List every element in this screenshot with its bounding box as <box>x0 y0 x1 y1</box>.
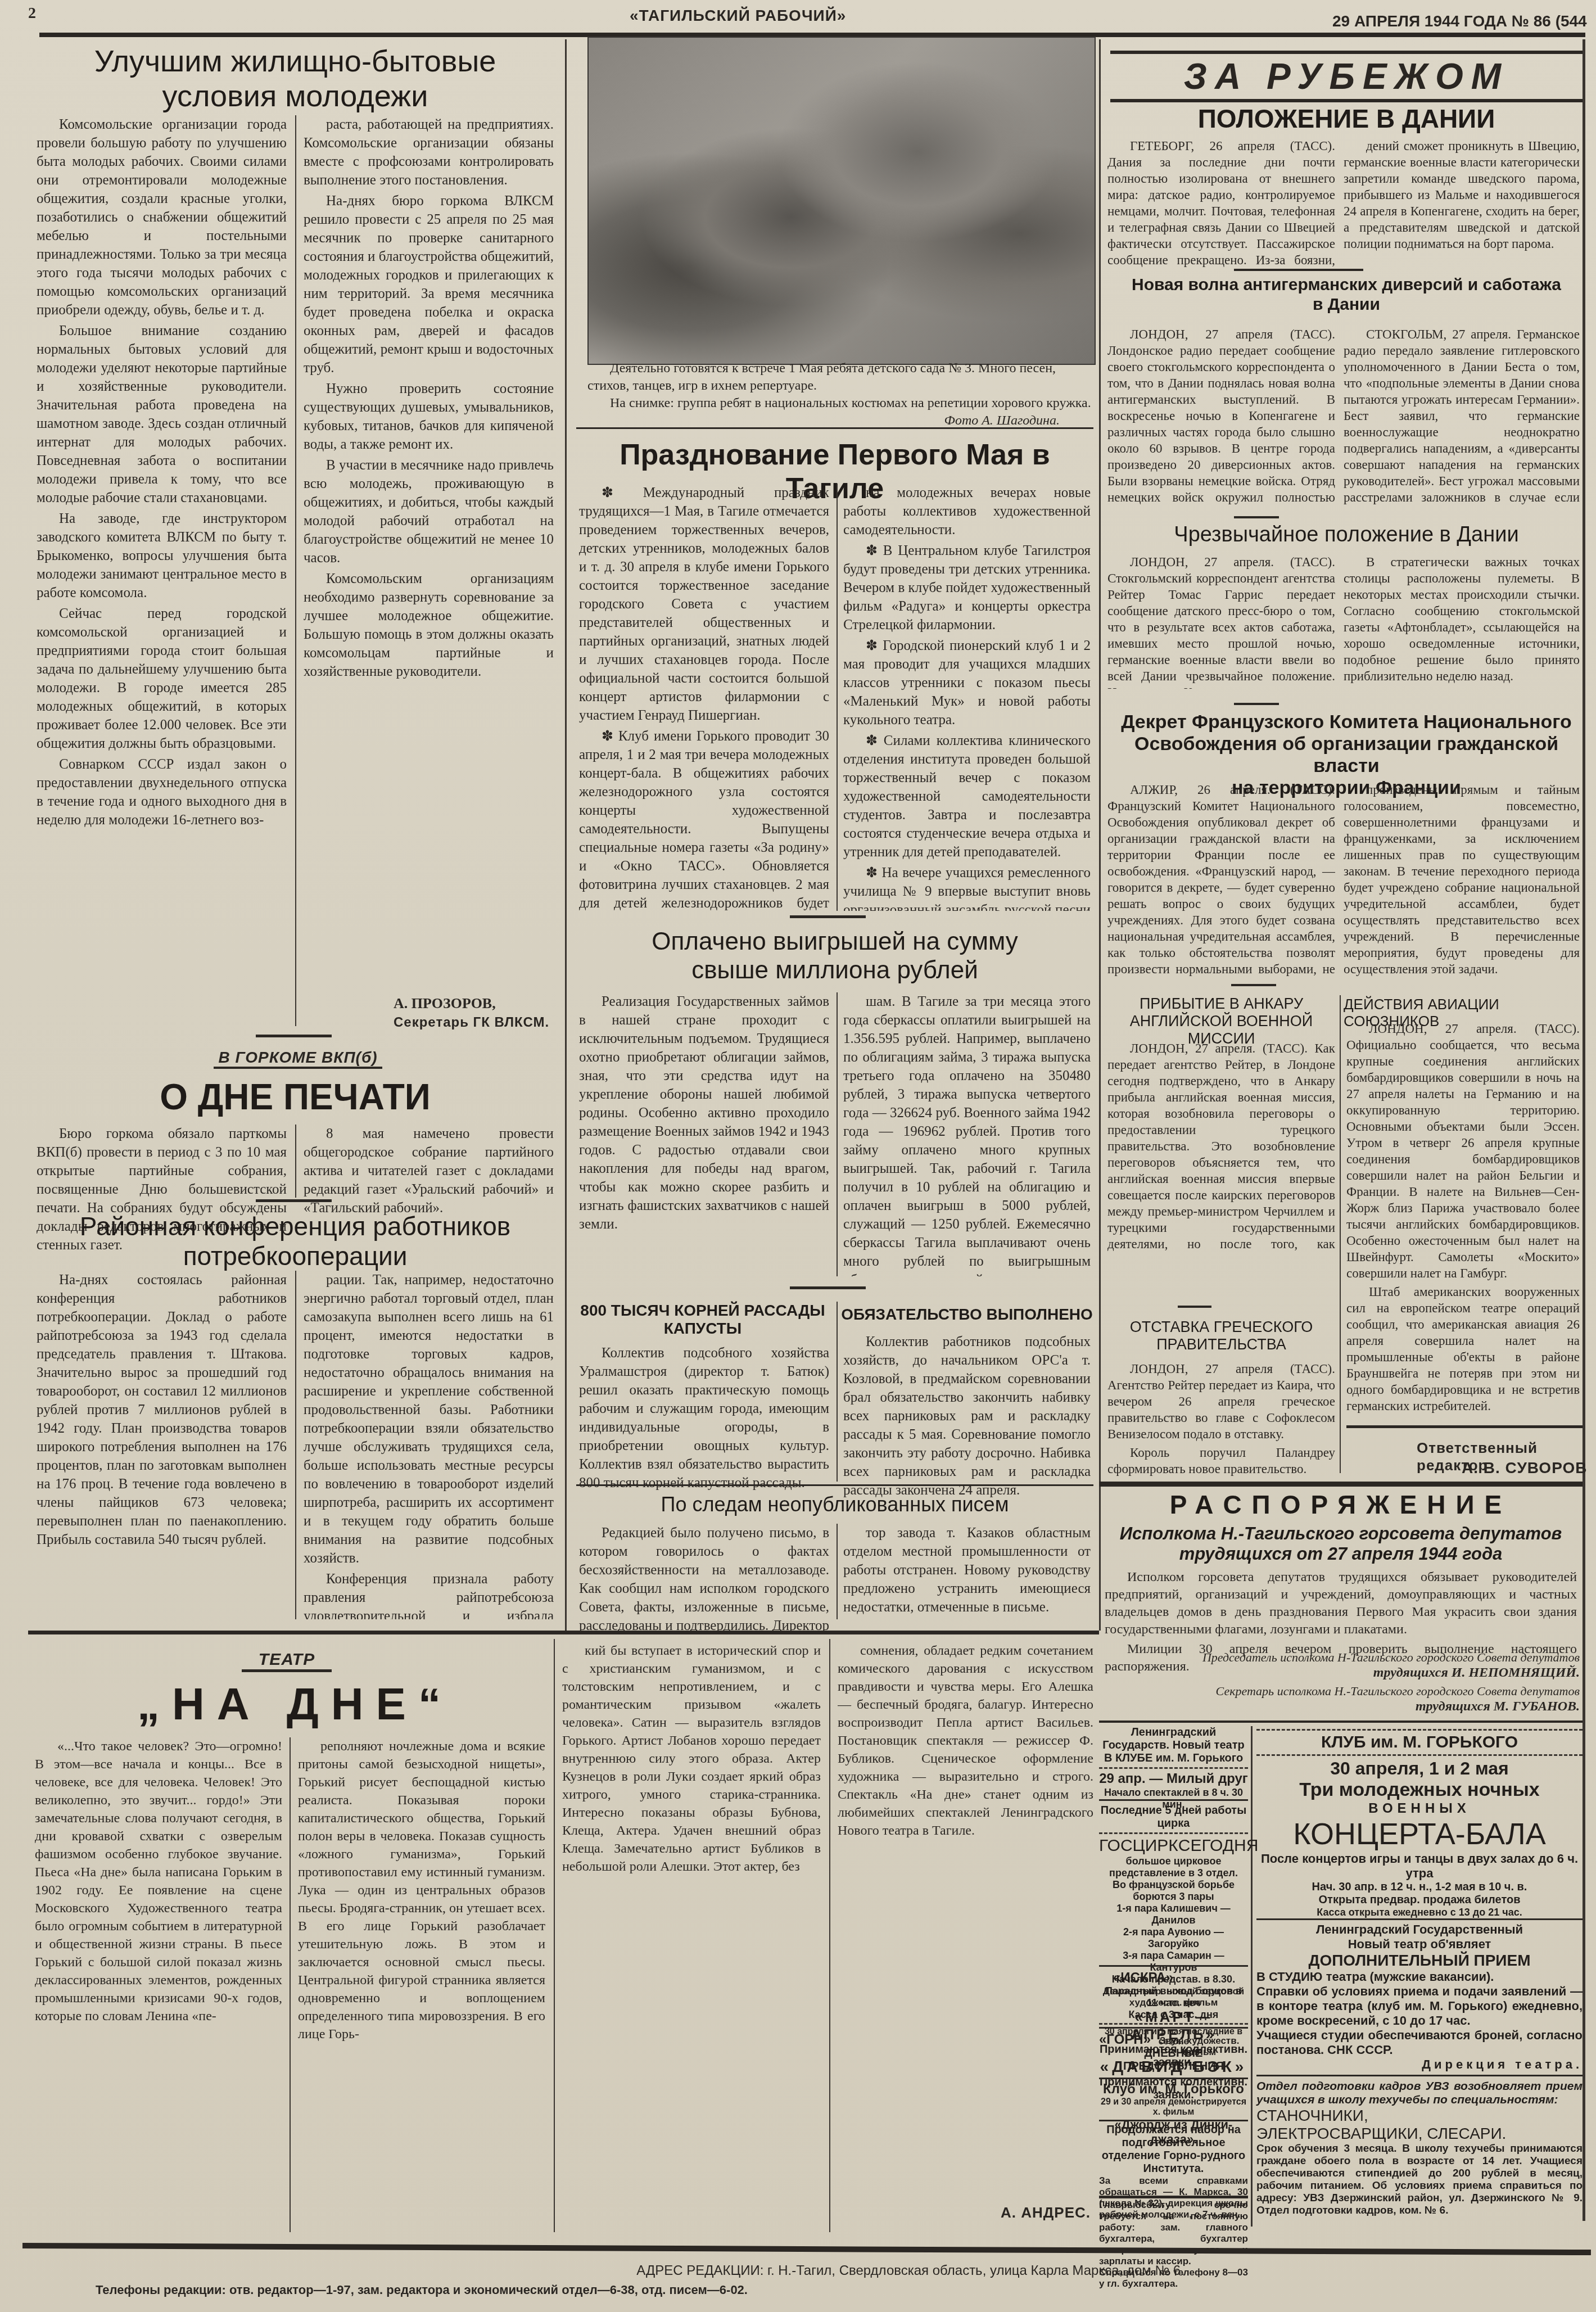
ad-line: 29 и 30 апреля демонстрируется х. фильм <box>1099 2097 1248 2117</box>
separator <box>576 1484 1093 1486</box>
paragraph: сомнения, обладает редким сочетанием ком… <box>838 1642 1093 1840</box>
newspaper-page: 2 «ТАГИЛЬСКИЙ РАБОЧИЙ» 29 АПРЕЛЯ 1944 ГО… <box>0 0 1596 2312</box>
denmark-title: ПОЛОЖЕНИЕ В ДАНИИ <box>1110 104 1583 134</box>
theatre-col2: реполняют ночлежные дома и всякие притон… <box>298 1737 545 2221</box>
separator <box>790 1286 866 1289</box>
paragraph: Большое внимание созданию нормальных быт… <box>37 322 287 507</box>
footer-address: АДРЕС РЕДАКЦИИ: г. Н.-Тагил, Свердловска… <box>0 2263 1596 2279</box>
photo-caption: Деятельно готовятся к встрече 1 Мая ребя… <box>587 360 1093 430</box>
ad-line: отделение Горно-рудного Института. <box>1099 2150 1248 2175</box>
ad-line: 2-я пара Аувонио — Загоруйко <box>1099 1926 1248 1950</box>
denmark-col1: ГЕТЕБОРГ, 26 апреля (ТАСС). Дания за пос… <box>1107 138 1335 267</box>
decree-col1: АЛЖИР, 26 апреля. (ТАСС). Французский Ко… <box>1107 782 1335 978</box>
paragraph: дений сможет проникнуть в Швецию, герман… <box>1344 138 1580 252</box>
paragraph: Совнарком СССР издал закон о предоставле… <box>37 755 287 829</box>
paragraph: ✽ Силами коллектива клинического отделен… <box>843 731 1091 861</box>
caption-text: Деятельно готовятся к встрече 1 Мая ребя… <box>587 360 1093 395</box>
paragraph: ГЕТЕБОРГ, 26 апреля (ТАСС). Дания за пос… <box>1107 138 1335 267</box>
ad-line: Последние 5 дней работы цирка <box>1099 1801 1248 1830</box>
ad-line: Продолжается набор на подготовительное <box>1099 2121 1248 2150</box>
paragraph: 8 мая намечено провести общегородское со… <box>304 1125 554 1217</box>
lottery-title-line2: свыше миллиона рублей <box>573 956 1096 985</box>
greek-title: ОТСТАВКА ГРЕЧЕСКОГО ПРАВИТЕЛЬСТВА <box>1105 1318 1338 1353</box>
cinema-name: «ГОРН» <box>1099 2032 1151 2048</box>
paragraph: Король поручил Паландреу сформировать но… <box>1107 1444 1335 1477</box>
denmark-col2: дений сможет проникнуть в Швецию, герман… <box>1344 138 1580 267</box>
ad-lgnt-theatre: Ленинградский Государств. Новый театр В … <box>1099 1726 1248 1810</box>
club-name: КЛУБ им. М. ГОРЬКОГО <box>1256 1733 1583 1752</box>
concert-dates: 30 апреля, 1 и 2 мая <box>1256 1758 1583 1779</box>
column-divider <box>565 39 567 1631</box>
emergency-col1: ЛОНДОН, 27 апреля. (ТАСС). Стокгольмский… <box>1107 554 1335 689</box>
separator <box>1234 269 1363 271</box>
separator <box>256 1199 332 1202</box>
abroad-banner: ЗА РУБЕЖОМ <box>1110 51 1583 102</box>
greek-title-line2: ПРАВИТЕЛЬСТВА <box>1105 1336 1338 1353</box>
abroad-banner-label: ЗА РУБЕЖОМ <box>1184 56 1509 97</box>
ad-show: 29 апр. — Милый друг <box>1099 1771 1248 1787</box>
separator <box>576 427 1093 429</box>
ads-divider <box>1251 1726 1253 2227</box>
separator <box>1234 516 1279 518</box>
ad-line: Нач. 30 апр. в 12 ч. н., 1-2 мая в 10 ч.… <box>1256 1881 1583 1894</box>
paragraph: Исполком горсовета депутатов трудящихся … <box>1105 1569 1577 1638</box>
lottery-title-line1: Оплачено выигрышей на сумму <box>573 928 1096 956</box>
theatre-col4: сомнения, обладает редким сочетанием ком… <box>838 1642 1093 2193</box>
emergency-title: Чрезвычайное положение в Дании <box>1110 523 1583 548</box>
paragraph: На-днях бюро горкома ВЛКСМ решило провес… <box>304 192 554 377</box>
separator <box>1178 1306 1211 1308</box>
ad-line: Отдел подготовки кадров УВЗ возобновляет… <box>1256 2076 1583 2107</box>
paragraph: шам. В Тагиле за три месяца этого года с… <box>843 992 1091 1276</box>
conference-title: Районная конференция работников потребко… <box>34 1212 557 1271</box>
letters-col2: тор завода т. Казаков областным отделом … <box>843 1524 1091 1619</box>
conference-col1: На-днях состоялась районная конференция … <box>37 1271 287 1619</box>
letters-title: По следам неопубликованных писем <box>573 1493 1096 1516</box>
film-title: «ДАВИД БЭК» <box>1099 2058 1248 2076</box>
may-day-col2: на молодежных вечерах новые работы колле… <box>843 484 1091 911</box>
concert-title: КОНЦЕРТА-БАЛА <box>1256 1817 1583 1852</box>
ad-line: Срок обучения 3 месяца. В школу техучебы… <box>1256 2143 1583 2217</box>
inner-divider <box>837 484 838 911</box>
caption-text: На снимке: группа ребят в национальных к… <box>587 395 1093 412</box>
paragraph: Комсомольским организациям необходимо ра… <box>304 570 554 681</box>
separator <box>1346 1425 1583 1428</box>
aviation-body: ЛОНДОН, 27 апреля. (ТАСС). Официально со… <box>1346 1020 1580 1425</box>
order-title: РАСПОРЯЖЕНИЕ <box>1099 1490 1583 1520</box>
sabotage-title: Новая волна антигерманских диверсий и са… <box>1110 276 1583 314</box>
circus-name: ГОСЦИРК <box>1099 1836 1178 1855</box>
ad-line: Ленинградский Государственный <box>1256 1920 1583 1937</box>
inner-divider <box>829 1639 830 2232</box>
inner-divider <box>295 1125 296 1198</box>
paragraph: ✽ Клуб имени Горького проводит 30 апреля… <box>579 727 829 911</box>
conference-title-line2: потребкооперации <box>34 1241 557 1271</box>
paragraph: «...Что такое человек? Это—огромно! В эт… <box>35 1737 282 2025</box>
separator <box>1231 984 1276 986</box>
conference-title-line1: Районная конференция работников <box>34 1212 557 1241</box>
kindergarten-photo <box>587 37 1096 365</box>
ads-top-rule <box>1099 1721 1583 1723</box>
separator <box>1234 703 1279 705</box>
paragraph: Коллектив подсобного хозяйства Уралмашст… <box>579 1344 829 1492</box>
paragraph: Конференция признала работу правления ра… <box>304 1570 554 1619</box>
may-day-col1: ✽ Международный праздник трудящихся—1 Ма… <box>579 484 829 911</box>
paragraph: произведены прямым и тайным голосованием… <box>1344 782 1580 977</box>
housing-signature: А. ПРОЗОРОВ, <box>394 995 496 1012</box>
order-subtitle-line1: Исполкома Н.-Тагильского горсовета депут… <box>1102 1524 1580 1544</box>
lottery-title: Оплачено выигрышей на сумму свыше миллио… <box>573 928 1096 985</box>
pledge-title: ОБЯЗАТЕЛЬСТВО ВЫПОЛНЕНО <box>840 1306 1093 1324</box>
paragraph: ✽ На вечере учащихся ремесленного училищ… <box>843 864 1091 911</box>
sabotage-title-line1: Новая волна антигерманских диверсий и са… <box>1110 276 1583 295</box>
gorkom-col2: 8 мая намечено провести общегородское со… <box>304 1125 554 1220</box>
ad-line: 1-я пара Калишевич — Данилов <box>1099 1903 1248 1926</box>
separator <box>256 1035 332 1037</box>
pledge-body: Коллектив работников подсобных хозяйств,… <box>843 1333 1091 1502</box>
theatre-col3: кий бы вступает в исторический спор и с … <box>562 1642 821 2221</box>
ankara-body: ЛОНДОН, 27 апреля. (ТАСС). Как передает … <box>1107 1040 1335 1254</box>
order-sign2-title: Секретарь исполкома Н.-Тагильского город… <box>1124 1684 1580 1699</box>
paragraph: В участии в месячнике надо привлечь всю … <box>304 456 554 567</box>
cabbage-body: Коллектив подсобного хозяйства Уралмашст… <box>579 1344 829 1494</box>
ad-line: В КЛУБЕ им. М. Горького <box>1099 1752 1248 1765</box>
ad-line: Звук. художеств. фильм <box>1151 2035 1248 2058</box>
editor-name: А. В. СУВОРОВ <box>1462 1459 1587 1477</box>
ad-line: Справки об условиях приема и подачи заяв… <box>1256 1984 1583 2028</box>
cabbage-title-line2: КАПУСТЫ <box>573 1320 832 1338</box>
paragraph: ✽ Городской пионерский клуб 1 и 2 мая пр… <box>843 636 1091 729</box>
column-divider <box>1099 39 1101 1631</box>
ad-line: ЭЛЕКТРОСВАРЩИКИ, СЛЕСАРИ. <box>1256 2125 1583 2143</box>
paper-name: «ТАГИЛЬСКИЙ РАБОЧИЙ» <box>630 7 846 25</box>
theatre-col1: «...Что такое человек? Это—огромно! В эт… <box>35 1737 282 2221</box>
ad-line: В СТУДИЮ театра (мужские вакансии). <box>1256 1970 1583 1984</box>
greek-title-line1: ОТСТАВКА ГРЕЧЕСКОГО <box>1105 1318 1338 1336</box>
inner-divider <box>295 1271 296 1619</box>
order-subtitle: Исполкома Н.-Тагильского горсовета депут… <box>1102 1524 1580 1564</box>
housing-col1: Комсомольские организации города провели… <box>37 115 287 1023</box>
ad-line: Дирекция театра. <box>1256 2057 1583 2072</box>
paragraph: на молодежных вечерах новые работы колле… <box>843 484 1091 539</box>
sabotage-col2: СТОКГОЛЬМ, 27 апреля. Германское радио п… <box>1344 326 1580 506</box>
separator <box>790 915 866 918</box>
order-sign2-name: трудящихся М. ГУБАНОВ. <box>1124 1699 1580 1714</box>
inner-divider <box>837 992 838 1276</box>
paragraph: ЛОНДОН, 27 апреля. (ТАСС). Стокгольмский… <box>1107 554 1335 689</box>
paragraph: ЛОНДОН, 27 апреля. (ТАСС). Как передает … <box>1107 1040 1335 1254</box>
footer-phones: Телефоны редакции: отв. редактор—1-97, з… <box>0 2283 1596 2297</box>
ad-line: Касса открыта ежедневно с 13 до 21 час. <box>1256 1907 1583 1918</box>
ad-line: Три молодежных ночных <box>1256 1779 1583 1801</box>
order-subtitle-line2: трудящихся от 27 апреля 1944 года <box>1102 1544 1580 1564</box>
ad-line: Открыта предвар. продажа билетов <box>1256 1894 1583 1907</box>
paragraph: ЛОНДОН, 27 апреля (ТАСС). Агентство Рейт… <box>1107 1361 1335 1442</box>
theatre-signature: А. АНДРЕС. <box>1001 2204 1091 2221</box>
paragraph: раста, работающей на предприятиях. Комсо… <box>304 115 554 189</box>
conference-col2: рации. Так, например, недостаточно энерг… <box>304 1271 554 1619</box>
ad-line: Новый театр об'являет <box>1256 1937 1583 1952</box>
paragraph: ЛОНДОН, 27 апреля. (ТАСС). Официально со… <box>1346 1020 1580 1281</box>
ad-line: После концертов игры и танцы в двух зала… <box>1256 1852 1583 1881</box>
paragraph: реполняют ночлежные дома и всякие притон… <box>298 1737 545 2043</box>
decree-title-line2: Освобождения об организации гражданской … <box>1110 733 1583 777</box>
inner-divider <box>554 1639 555 2232</box>
decree-col2: произведены прямым и тайным голосованием… <box>1344 782 1580 978</box>
paragraph: АЛЖИР, 26 апреля. (ТАСС). Французский Ко… <box>1107 782 1335 978</box>
ad-line: Главрыбсбыту срочно требуется на постоян… <box>1099 2198 1248 2267</box>
theatre-title: „НА ДНЕ“ <box>34 1678 557 1730</box>
cabbage-title-line1: 800 ТЫСЯЧ КОРНЕЙ РАССАДЫ <box>573 1302 832 1320</box>
paragraph: Комсомольские организации города провели… <box>37 115 287 319</box>
page-edge <box>1583 39 1585 2221</box>
ad-line: большое цирковое представление в 3 отдел… <box>1099 1855 1248 1879</box>
lottery-col2: шам. В Тагиле за три месяца этого года с… <box>843 992 1091 1276</box>
decree-title-line1: Декрет Французского Комитета Национально… <box>1110 711 1583 733</box>
gorkom-title: О ДНЕ ПЕЧАТИ <box>34 1077 557 1118</box>
theatre-section-label: ТЕАТР <box>242 1650 332 1672</box>
paragraph: рации. Так, например, недостаточно энерг… <box>304 1271 554 1568</box>
page-number: 2 <box>28 4 36 22</box>
housing-col2: раста, работающей на предприятиях. Комсо… <box>304 115 554 992</box>
sabotage-col1: ЛОНДОН, 27 апреля (ТАСС). Лондонское рад… <box>1107 326 1335 506</box>
paragraph: В стратегически важных точках столицы ра… <box>1344 554 1580 684</box>
footer-rule <box>22 2243 1591 2255</box>
ad-studio: Ленинградский Государственный Новый теат… <box>1256 1918 1583 2072</box>
ad-line: СТАНОЧНИКИ, <box>1256 2107 1583 2125</box>
inner-divider <box>290 1737 291 2232</box>
paragraph: Реализация Государственных займов в наше… <box>579 992 829 1234</box>
ad-line: ДОПОЛНИТЕЛЬНЫЙ ПРИЕМ <box>1256 1952 1583 1970</box>
housing-title-line1: Улучшим жилищно-бытовые <box>34 44 557 79</box>
paragraph: кий бы вступает в исторический спор и с … <box>562 1642 821 1876</box>
emergency-col2: В стратегически важных точках столицы ра… <box>1344 554 1580 689</box>
order-sign1-name: трудящихся И. НЕПОМНЯЩИЙ. <box>1124 1665 1580 1681</box>
gorkom-section-label: В ГОРКОМЕ ВКП(б) <box>214 1049 382 1069</box>
issue-info: 29 АПРЕЛЯ 1944 ГОДА № 86 (544 <box>1332 12 1587 30</box>
paragraph: Штаб американских вооруженных сил на евр… <box>1346 1284 1580 1414</box>
letters-col1: Редакцией было получено письмо, в которо… <box>579 1524 829 1637</box>
inner-divider <box>837 1524 838 1619</box>
ad-line: Во французской борьбе борются 3 пары <box>1099 1879 1248 1903</box>
inner-divider <box>295 115 296 1026</box>
bottom-section-rule <box>28 1631 1099 1634</box>
inner-divider <box>1340 995 1341 1473</box>
ad-line: ВОЕННЫХ <box>1256 1801 1583 1817</box>
ad-line: Ленинградский Государств. Новый театр <box>1099 1726 1248 1752</box>
greek-body: ЛОНДОН, 27 апреля (ТАСС). Агентство Рейт… <box>1107 1361 1335 1479</box>
paragraph: Сейчас перед городской комсомольской орг… <box>37 604 287 753</box>
order-top-rule <box>1099 1482 1583 1487</box>
ad-line: Клуб им. М. Горького <box>1099 2079 1248 2097</box>
inner-divider <box>837 1302 838 1482</box>
cabbage-title: 800 ТЫСЯЧ КОРНЕЙ РАССАДЫ КАПУСТЫ <box>573 1302 832 1338</box>
housing-signature-title: Секретарь ГК ВЛКСМ. <box>394 1015 549 1031</box>
housing-title-line2: условия молодежи <box>34 79 557 114</box>
paragraph: Коллектив работников подсобных хозяйств,… <box>843 1333 1091 1500</box>
paragraph: ✽ Международный праздник трудящихся—1 Ма… <box>579 484 829 725</box>
paragraph: ЛОНДОН, 27 апреля (ТАСС). Лондонское рад… <box>1107 326 1335 506</box>
housing-title: Улучшим жилищно-бытовые условия молодежи <box>34 44 557 114</box>
paragraph: На заводе, где инструктором заводского к… <box>37 509 287 602</box>
paragraph: Нужно проверить состояние существующих д… <box>304 380 554 454</box>
circus-today: СЕГОДНЯ <box>1178 1836 1259 1855</box>
paragraph: тор завода т. Казаков областным отделом … <box>843 1524 1091 1616</box>
ankara-title-line1: ПРИБЫТИЕ В АНКАРУ <box>1105 995 1338 1013</box>
ad-training: Отдел подготовки кадров УВЗ возобновляет… <box>1256 2075 1583 2217</box>
paragraph: На-днях состоялась районная конференция … <box>37 1271 287 1549</box>
paragraph: СТОКГОЛЬМ, 27 апреля. Германское радио п… <box>1344 326 1580 506</box>
order-sign1-title: Председатель исполкома Н-Тагильского гор… <box>1124 1650 1580 1665</box>
lottery-col1: Реализация Государственных займов в наше… <box>579 992 829 1276</box>
ad-line: Демонстрир. новый звуковой художеств. фи… <box>1099 1986 1248 2008</box>
sabotage-title-line2: в Дании <box>1110 295 1583 315</box>
cinema-name: «ИСКРА» <box>1099 1967 1248 1986</box>
paragraph: Редакцией было получено письмо, в которо… <box>579 1524 829 1635</box>
paragraph: ✽ В Центральном клубе Тагилстроя будут п… <box>843 541 1091 634</box>
ad-gorky-concert: КЛУБ им. М. ГОРЬКОГО 30 апреля, 1 и 2 ма… <box>1256 1729 1583 1918</box>
ad-line: Учащиеся студии обеспечиваются броней, с… <box>1256 2028 1583 2057</box>
